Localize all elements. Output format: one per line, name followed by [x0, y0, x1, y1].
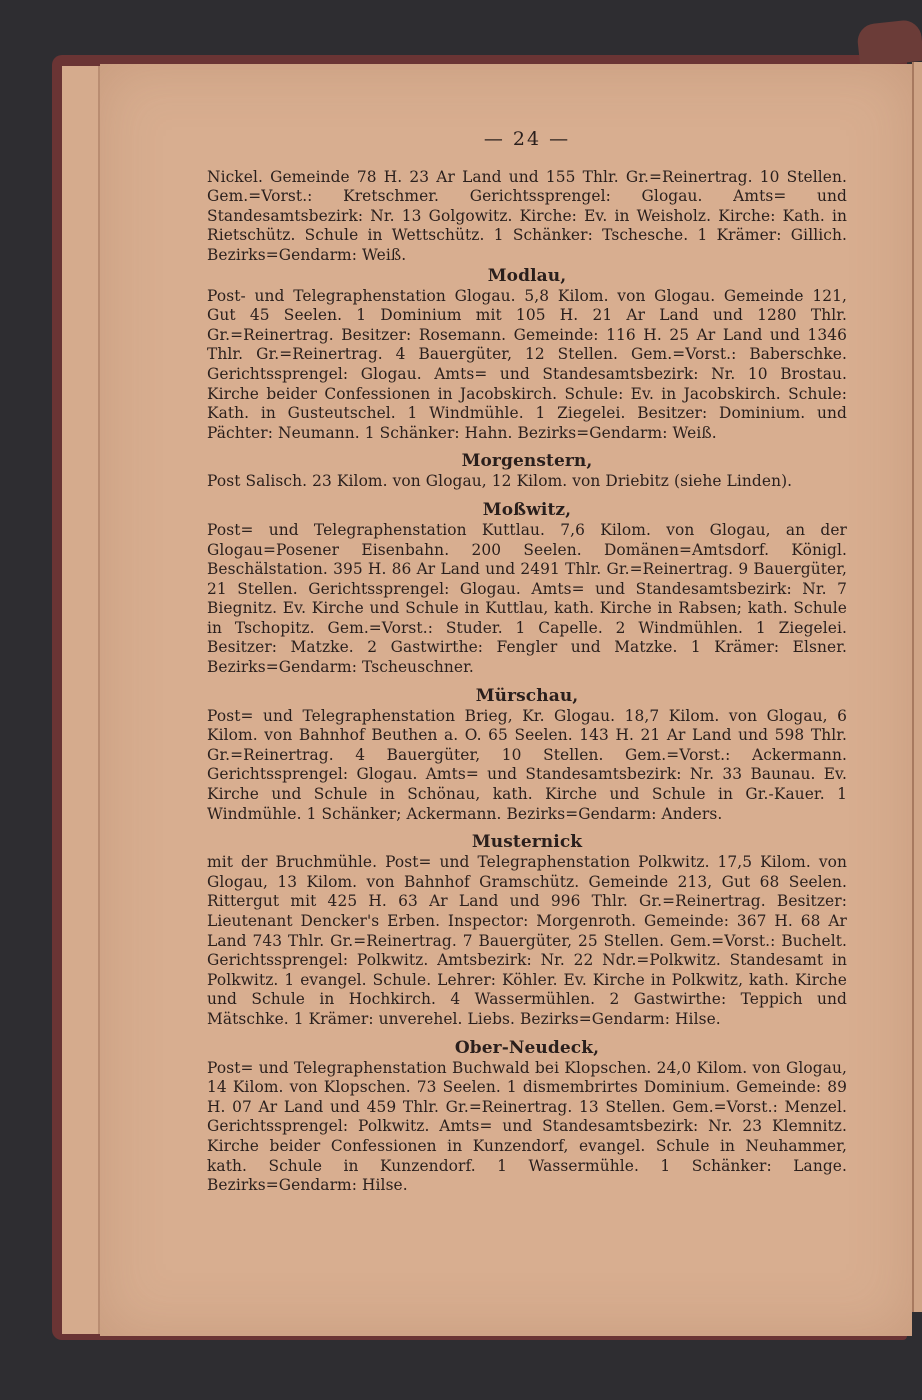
entry-text: Post= und Telegraphenstation Kuttlau. 7,… — [207, 521, 847, 678]
entry-heading: Moßwitz, — [207, 500, 847, 521]
entry-heading: Musternick — [207, 832, 847, 853]
entry-text: mit der Bruchmühle. Post= und Telegraphe… — [207, 853, 847, 1029]
entry-ober-neudeck: Ober-Neudeck, Post= und Telegraphenstati… — [207, 1038, 847, 1196]
book-cover-tab — [856, 19, 922, 67]
entry-text: Post- und Telegraphenstation Glogau. 5,8… — [207, 287, 847, 444]
entry-text: Post Salisch. 23 Kilom. von Glogau, 12 K… — [207, 472, 847, 492]
entry-text: Post= und Telegraphenstation Brieg, Kr. … — [207, 707, 847, 825]
page-number: — 24 — — [207, 130, 847, 150]
entry-mosswitz: Moßwitz, Post= und Telegraphenstation Ku… — [207, 500, 847, 678]
entry-heading: Modlau, — [207, 266, 847, 287]
page-content: — 24 — Nickel. Gemeinde 78 H. 23 Ar Land… — [207, 130, 847, 1204]
entry-morgenstern: Morgenstern, Post Salisch. 23 Kilom. von… — [207, 451, 847, 492]
continuation-paragraph: Nickel. Gemeinde 78 H. 23 Ar Land und 15… — [207, 168, 847, 266]
entry-heading: Morgenstern, — [207, 451, 847, 472]
entry-musternick: Musternick mit der Bruchmühle. Post= und… — [207, 832, 847, 1029]
entry-muerschau: Mürschau, Post= und Telegraphenstation B… — [207, 686, 847, 825]
entry-heading: Mürschau, — [207, 686, 847, 707]
entry-heading: Ober-Neudeck, — [207, 1038, 847, 1059]
entry-text: Post= und Telegraphenstation Buchwald be… — [207, 1059, 847, 1196]
entry-modlau: Modlau, Post- und Telegraphenstation Glo… — [207, 266, 847, 444]
right-page-edge — [912, 62, 922, 1312]
